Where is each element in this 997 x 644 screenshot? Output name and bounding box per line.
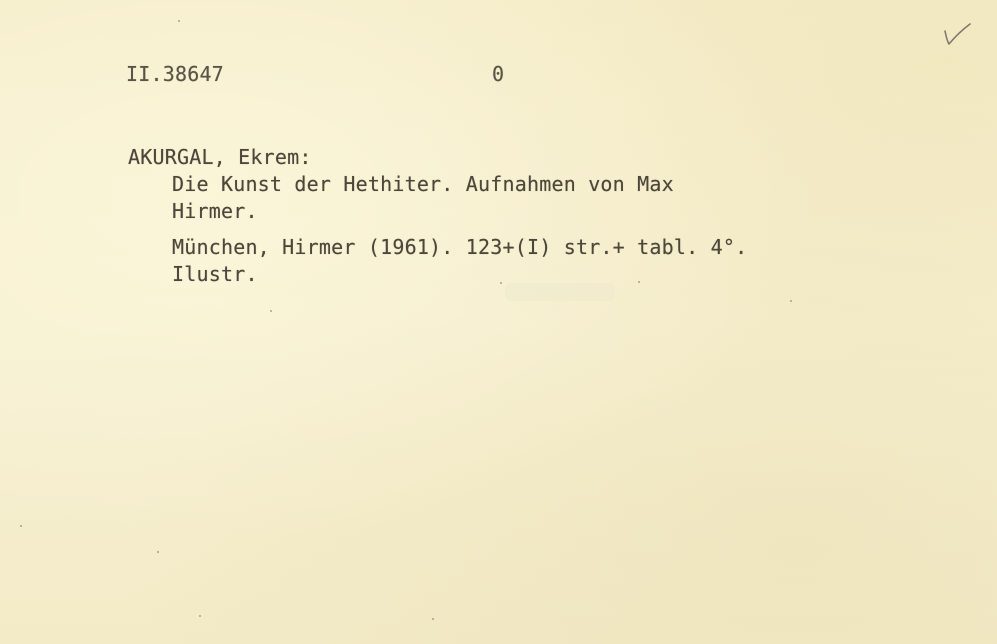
imprint-line: München, Hirmer (1961). 123+(I) str.+ ta…: [172, 235, 747, 259]
paper-speck: [157, 551, 159, 553]
shelf-mark: 0: [492, 62, 504, 86]
imprint-line: Ilustr.: [172, 262, 258, 286]
paper-speck: [638, 281, 640, 283]
paper-speck: [199, 615, 201, 617]
title-line: Die Kunst der Hethiter. Aufnahmen von Ma…: [172, 172, 674, 196]
paper-speck: [270, 310, 272, 312]
paper-speck: [500, 282, 502, 284]
paper-stain: [505, 283, 615, 301]
catalog-card: II.38647 0 AKURGAL, Ekrem: Die Kunst der…: [0, 0, 997, 644]
paper-speck: [20, 525, 22, 527]
call-number: II.38647: [126, 62, 224, 86]
author-heading: AKURGAL, Ekrem:: [128, 145, 312, 169]
paper-speck: [790, 300, 792, 302]
paper-speck: [432, 618, 434, 620]
title-line: Hirmer.: [172, 199, 258, 223]
checkmark-icon: [942, 22, 972, 48]
paper-speck: [178, 20, 180, 22]
